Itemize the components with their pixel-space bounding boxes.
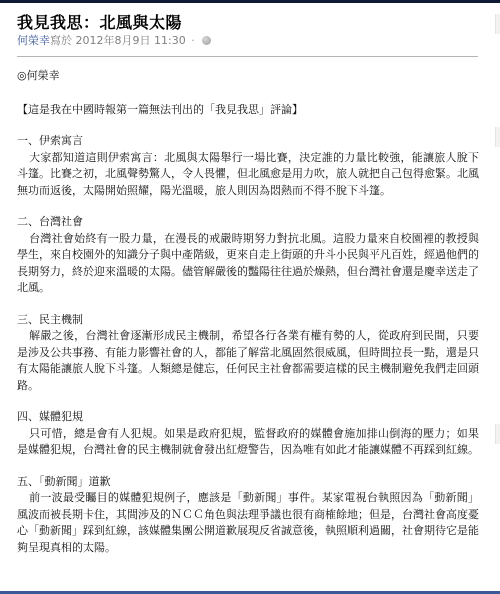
section-body: 只可惜，總是會有人犯規。如果是政府犯規，監督政府的媒體會施加排山倒海的壓力；如果…	[17, 426, 479, 459]
section-heading: 五、「動新聞」道歉	[17, 474, 479, 491]
section-4: 四、媒體犯規 只可惜，總是會有人犯規。如果是政府犯規，監督政府的媒體會施加排山倒…	[17, 409, 479, 459]
author-link[interactable]: 何榮幸	[17, 34, 50, 47]
side-scroll-tab	[495, 424, 500, 444]
section-body: 解嚴之後，台灣社會逐漸形成民主機制，希望各行各業有權有勢的人，從政府到民間，只要…	[17, 328, 479, 394]
globe-icon[interactable]	[202, 36, 211, 45]
note-body: ◎何榮幸 【這是我在中國時報第一篇無法刊出的「我見我思」評論】 一、伊索寓言 大…	[17, 68, 479, 556]
section-body: 台灣社會始終有一股力量，在漫長的戒嚴時期努力對抗北風。這股力量來自校園裡的教授與…	[17, 231, 479, 297]
top-border	[0, 0, 500, 3]
meta-separator: ·	[191, 34, 195, 47]
intro-line: 【這是我在中國時報第一篇無法刊出的「我見我思」評論】	[17, 102, 479, 119]
section-1: 一、伊索寓言 大家都知道這則伊索寓言：北風與太陽舉行一場比賽，決定誰的力量比較強…	[17, 133, 479, 199]
note-meta: 何榮幸寫於 2012年8月9日 11:30 ·	[17, 34, 479, 48]
section-heading: 三、民主機制	[17, 312, 479, 329]
section-2: 二、台灣社會 台灣社會始終有一股力量，在漫長的戒嚴時期努力對抗北風。這股力量來自…	[17, 214, 479, 297]
section-heading: 一、伊索寓言	[17, 133, 479, 150]
section-heading: 二、台灣社會	[17, 214, 479, 231]
note-title: 我見我思：北風與太陽	[17, 13, 479, 33]
section-heading: 四、媒體犯規	[17, 409, 479, 426]
note-container: 我見我思：北風與太陽 何榮幸寫於 2012年8月9日 11:30 · ◎何榮幸 …	[17, 13, 479, 556]
section-5: 五、「動新聞」道歉 前一波最受矚目的媒體犯規例子，應該是「動新聞」事件。某家電視…	[17, 474, 479, 557]
side-scroll-tab	[495, 14, 500, 34]
section-3: 三、民主機制 解嚴之後，台灣社會逐漸形成民主機制，希望各行各業有權有勢的人，從政…	[17, 312, 479, 395]
timestamp-link[interactable]: 2012年8月9日 11:30	[76, 34, 186, 47]
byline: ◎何榮幸	[17, 68, 479, 85]
title-divider	[17, 56, 478, 57]
side-scroll-tab	[495, 127, 500, 147]
section-body: 大家都知道這則伊索寓言：北風與太陽舉行一場比賽，決定誰的力量比較強，能讓旅人脫下…	[17, 150, 479, 200]
posted-label: 寫於	[50, 34, 72, 47]
section-body: 前一波最受矚目的媒體犯規例子，應該是「動新聞」事件。某家電視台執照因為「動新聞」…	[17, 490, 479, 556]
